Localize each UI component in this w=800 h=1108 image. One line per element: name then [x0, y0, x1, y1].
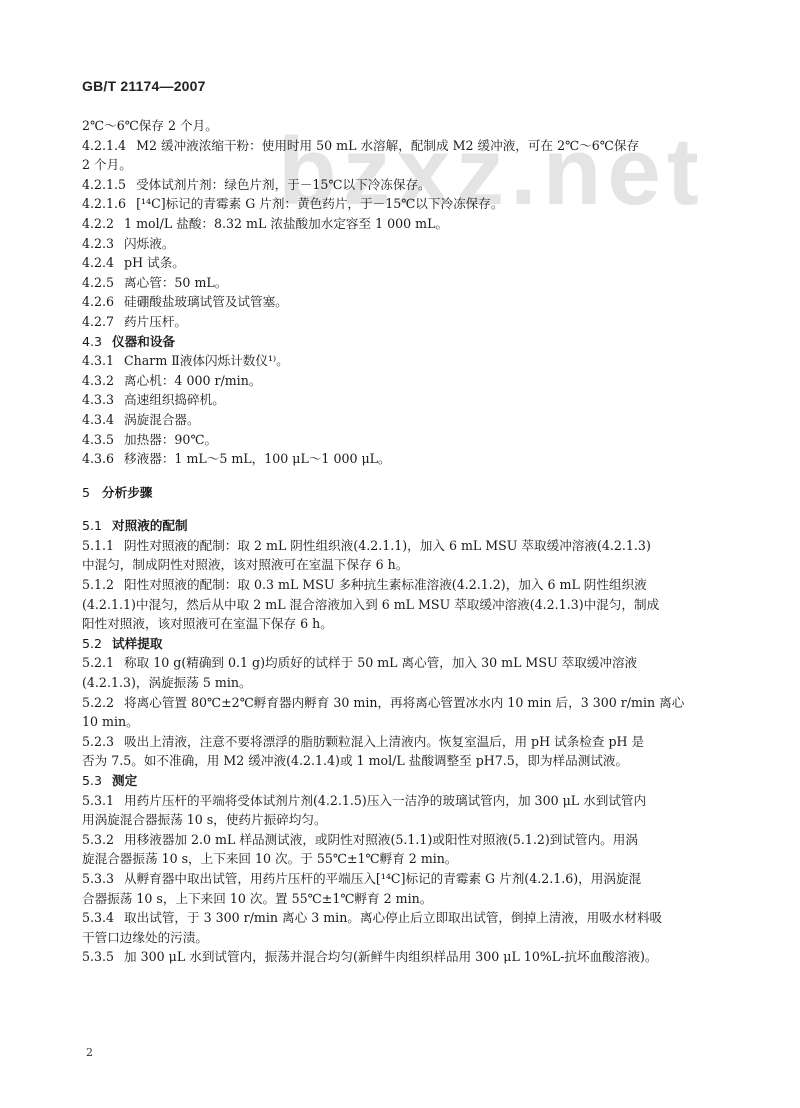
- clause-continuation: (4.2.1.3)，涡旋振荡 5 min。: [82, 673, 722, 693]
- clause-number: 5.3.4: [82, 908, 114, 928]
- clause-number: 5.1.1: [82, 536, 114, 556]
- clause-text: 对照液的配制: [112, 518, 188, 533]
- clause-number: 4.2.1.6: [82, 194, 126, 214]
- clause-text: M2 缓冲液浓缩干粉：使用时用 50 mL 水溶解，配制成 M2 缓冲液，可在 …: [136, 138, 639, 153]
- section-heading: 5.1对照液的配制: [82, 516, 722, 536]
- clause-text: 阳性对照液的配制：取 0.3 mL MSU 多种抗生素标准溶液(4.2.1.2)…: [124, 577, 647, 592]
- clause-item: 4.3.3高速组织捣碎机。: [82, 390, 722, 410]
- clause-text: 药片压杆。: [124, 314, 187, 329]
- clause-text: 闪烁液。: [124, 236, 174, 251]
- clause-item: 5.3.3从孵育器中取出试管，用药片压杆的平端压入[¹⁴C]标记的青霉素 G 片…: [82, 869, 722, 889]
- clause-number: 5.1.2: [82, 575, 114, 595]
- clause-text: Charm Ⅱ液体闪烁计数仪¹⁾。: [124, 353, 289, 368]
- clause-number: 5.2: [82, 636, 102, 651]
- clause-text: 干管口边缘处的污渍。: [82, 930, 208, 945]
- clause-item: 4.2.1.4M2 缓冲液浓缩干粉：使用时用 50 mL 水溶解，配制成 M2 …: [82, 136, 722, 156]
- section-heading: 5.2试样提取: [82, 634, 722, 654]
- clause-text: 否为 7.5。如不准确，用 M2 缓冲液(4.2.1.4)或 1 mol/L 盐…: [82, 753, 628, 768]
- clause-continuation: 否为 7.5。如不准确，用 M2 缓冲液(4.2.1.4)或 1 mol/L 盐…: [82, 751, 722, 771]
- clause-item: 4.2.1.6[¹⁴C]标记的青霉素 G 片剂：黄色药片，于－15℃以下冷冻保存…: [82, 194, 722, 214]
- clause-number: 5.2.3: [82, 732, 114, 752]
- clause-item: 4.2.4pH 试条。: [82, 253, 722, 273]
- clause-item: 4.2.5离心管：50 mL。: [82, 273, 722, 293]
- clause-number: 5.1: [82, 518, 102, 533]
- clause-number: 5: [82, 485, 90, 500]
- clause-number: 5.2.2: [82, 693, 114, 713]
- page-number: 2: [86, 1046, 93, 1059]
- clause-text: 吸出上清液，注意不要将漂浮的脂肪颗粒混入上清液内。恢复室温后，用 pH 试条检查…: [124, 734, 644, 749]
- clause-number: 4.3.2: [82, 371, 114, 391]
- clause-number: 4.3.5: [82, 430, 114, 450]
- clause-number: 5.3.2: [82, 830, 114, 850]
- clause-item: 5.3.1用药片压杆的平端将受体试剂片剂(4.2.1.5)压入一洁净的玻璃试管内…: [82, 791, 722, 811]
- clause-item: 4.3.5加热器：90℃。: [82, 430, 722, 450]
- clause-number: 4.2.5: [82, 273, 114, 293]
- clause-item: 4.2.3闪烁液。: [82, 234, 722, 254]
- clause-continuation: (4.2.1.1)中混匀，然后从中取 2 mL 混合溶液加入到 6 mL MSU…: [82, 595, 722, 615]
- spacer: [82, 469, 722, 483]
- clause-item: 5.3.4取出试管，于 3 300 r/min 离心 3 min。离心停止后立即…: [82, 908, 722, 928]
- clause-number: 4.2.1.5: [82, 175, 126, 195]
- clause-continuation: 2℃～6℃保存 2 个月。: [82, 116, 722, 136]
- document-page: GB/T 21174—2007 bzxz.net 2℃～6℃保存 2 个月。4.…: [0, 0, 800, 1108]
- clause-continuation: 干管口边缘处的污渍。: [82, 928, 722, 948]
- clause-continuation: 10 min。: [82, 712, 722, 732]
- clause-item: 5.2.3吸出上清液，注意不要将漂浮的脂肪颗粒混入上清液内。恢复室温后，用 pH…: [82, 732, 722, 752]
- clause-item: 4.2.21 mol/L 盐酸：8.32 mL 浓盐酸加水定容至 1 000 m…: [82, 214, 722, 234]
- clause-text: 2℃～6℃保存 2 个月。: [82, 118, 218, 133]
- clause-item: 4.2.7药片压杆。: [82, 312, 722, 332]
- clause-text: 试样提取: [112, 636, 162, 651]
- clause-text: 称取 10 g(精确到 0.1 g)均质好的试样于 50 mL 离心管，加入 3…: [124, 655, 637, 670]
- clause-text: (4.2.1.1)中混匀，然后从中取 2 mL 混合溶液加入到 6 mL MSU…: [82, 597, 659, 612]
- clause-number: 5.3.3: [82, 869, 114, 889]
- clause-text: 2 个月。: [82, 157, 132, 172]
- clause-number: 5.2.1: [82, 653, 114, 673]
- clause-continuation: 用涡旋混合器振荡 10 s，使药片振碎均匀。: [82, 810, 722, 830]
- clause-text: 用药片压杆的平端将受体试剂片剂(4.2.1.5)压入一洁净的玻璃试管内，加 30…: [124, 793, 646, 808]
- clause-item: 4.2.1.5受体试剂片剂：绿色片剂，于－15℃以下冷冻保存。: [82, 175, 722, 195]
- clause-number: 5.3.5: [82, 947, 114, 967]
- section-heading: 4.3仪器和设备: [82, 332, 722, 352]
- clause-text: 仪器和设备: [112, 334, 175, 349]
- clause-number: 5.3: [82, 773, 102, 788]
- clause-text: 涡旋混合器。: [124, 412, 200, 427]
- clause-text: 合器振荡 10 s，上下来回 10 次。置 55℃±1℃孵育 2 min。: [82, 891, 432, 906]
- section-heading: 5.3测定: [82, 771, 722, 791]
- clause-text: 将离心管置 80℃±2℃孵育器内孵育 30 min，再将离心管置冰水内 10 m…: [124, 695, 684, 710]
- clause-text: 取出试管，于 3 300 r/min 离心 3 min。离心停止后立即取出试管，…: [124, 910, 662, 925]
- clause-text: 阴性对照液的配制：取 2 mL 阴性组织液(4.2.1.1)，加入 6 mL M…: [124, 538, 651, 553]
- clause-text: 用涡旋混合器振荡 10 s，使药片振碎均匀。: [82, 812, 327, 827]
- clause-number: 4.2.4: [82, 253, 114, 273]
- clause-continuation: 阳性对照液，该对照液可在室温下保存 6 h。: [82, 614, 722, 634]
- clause-text: 阳性对照液，该对照液可在室温下保存 6 h。: [82, 616, 333, 631]
- clause-text: 中混匀，制成阴性对照液，该对照液可在室温下保存 6 h。: [82, 557, 408, 572]
- clause-text: 旋混合器振荡 10 s，上下来回 10 次。于 55℃±1℃孵育 2 min。: [82, 851, 458, 866]
- clause-text: 用移液器加 2.0 mL 样品测试液，或阴性对照液(5.1.1)或阳性对照液(5…: [124, 832, 638, 847]
- standard-code-header: GB/T 21174—2007: [82, 78, 206, 94]
- clause-number: 4.2.2: [82, 214, 114, 234]
- clause-item: 5.2.1称取 10 g(精确到 0.1 g)均质好的试样于 50 mL 离心管…: [82, 653, 722, 673]
- spacer: [82, 502, 722, 516]
- clause-text: 加热器：90℃。: [124, 432, 217, 447]
- section-heading: 5分析步骤: [82, 483, 722, 503]
- clause-item: 4.3.4涡旋混合器。: [82, 410, 722, 430]
- clause-number: 4.2.3: [82, 234, 114, 254]
- clause-number: 4.3: [82, 334, 102, 349]
- clause-text: 受体试剂片剂：绿色片剂，于－15℃以下冷冻保存。: [136, 177, 431, 192]
- clause-number: 4.2.1.4: [82, 136, 126, 156]
- clause-item: 5.1.2阳性对照液的配制：取 0.3 mL MSU 多种抗生素标准溶液(4.2…: [82, 575, 722, 595]
- clause-item: 5.2.2将离心管置 80℃±2℃孵育器内孵育 30 min，再将离心管置冰水内…: [82, 693, 722, 713]
- clause-number: 4.3.6: [82, 449, 114, 469]
- clause-text: 加 300 μL 水到试管内，振荡并混合均匀(新鲜牛肉组织样品用 300 μL …: [124, 949, 657, 964]
- clause-number: 5.3.1: [82, 791, 114, 811]
- clause-text: 分析步骤: [102, 485, 152, 500]
- clause-text: 硅硼酸盐玻璃试管及试管塞。: [124, 294, 288, 309]
- clause-continuation: 旋混合器振荡 10 s，上下来回 10 次。于 55℃±1℃孵育 2 min。: [82, 849, 722, 869]
- clause-text: 离心管：50 mL。: [124, 275, 227, 290]
- clause-continuation: 中混匀，制成阴性对照液，该对照液可在室温下保存 6 h。: [82, 555, 722, 575]
- clause-item: 4.2.6硅硼酸盐玻璃试管及试管塞。: [82, 292, 722, 312]
- clause-item: 5.3.5加 300 μL 水到试管内，振荡并混合均匀(新鲜牛肉组织样品用 30…: [82, 947, 722, 967]
- clause-text: 测定: [112, 773, 137, 788]
- clause-number: 4.3.1: [82, 351, 114, 371]
- clause-text: [¹⁴C]标记的青霉素 G 片剂：黄色药片，于－15℃以下冷冻保存。: [136, 196, 503, 211]
- clause-text: 高速组织捣碎机。: [124, 392, 225, 407]
- clause-text: 1 mol/L 盐酸：8.32 mL 浓盐酸加水定容至 1 000 mL。: [124, 216, 448, 231]
- clause-text: pH 试条。: [124, 255, 185, 270]
- clause-item: 5.3.2用移液器加 2.0 mL 样品测试液，或阴性对照液(5.1.1)或阳性…: [82, 830, 722, 850]
- clause-continuation: 2 个月。: [82, 155, 722, 175]
- clause-number: 4.3.3: [82, 390, 114, 410]
- clause-text: 移液器：1 mL～5 mL，100 μL～1 000 μL。: [124, 451, 391, 466]
- clause-number: 4.3.4: [82, 410, 114, 430]
- clause-item: 4.3.6移液器：1 mL～5 mL，100 μL～1 000 μL。: [82, 449, 722, 469]
- clause-text: 10 min。: [82, 714, 139, 729]
- clause-text: 从孵育器中取出试管，用药片压杆的平端压入[¹⁴C]标记的青霉素 G 片剂(4.2…: [124, 871, 641, 886]
- clause-item: 4.3.2离心机：4 000 r/min。: [82, 371, 722, 391]
- clause-text: 离心机：4 000 r/min。: [124, 373, 261, 388]
- clause-item: 4.3.1Charm Ⅱ液体闪烁计数仪¹⁾。: [82, 351, 722, 371]
- clause-number: 4.2.6: [82, 292, 114, 312]
- clause-text: (4.2.1.3)，涡旋振荡 5 min。: [82, 675, 252, 690]
- clause-item: 5.1.1阴性对照液的配制：取 2 mL 阴性组织液(4.2.1.1)，加入 6…: [82, 536, 722, 556]
- clause-number: 4.2.7: [82, 312, 114, 332]
- document-body: 2℃～6℃保存 2 个月。4.2.1.4M2 缓冲液浓缩干粉：使用时用 50 m…: [82, 116, 722, 967]
- clause-continuation: 合器振荡 10 s，上下来回 10 次。置 55℃±1℃孵育 2 min。: [82, 889, 722, 909]
